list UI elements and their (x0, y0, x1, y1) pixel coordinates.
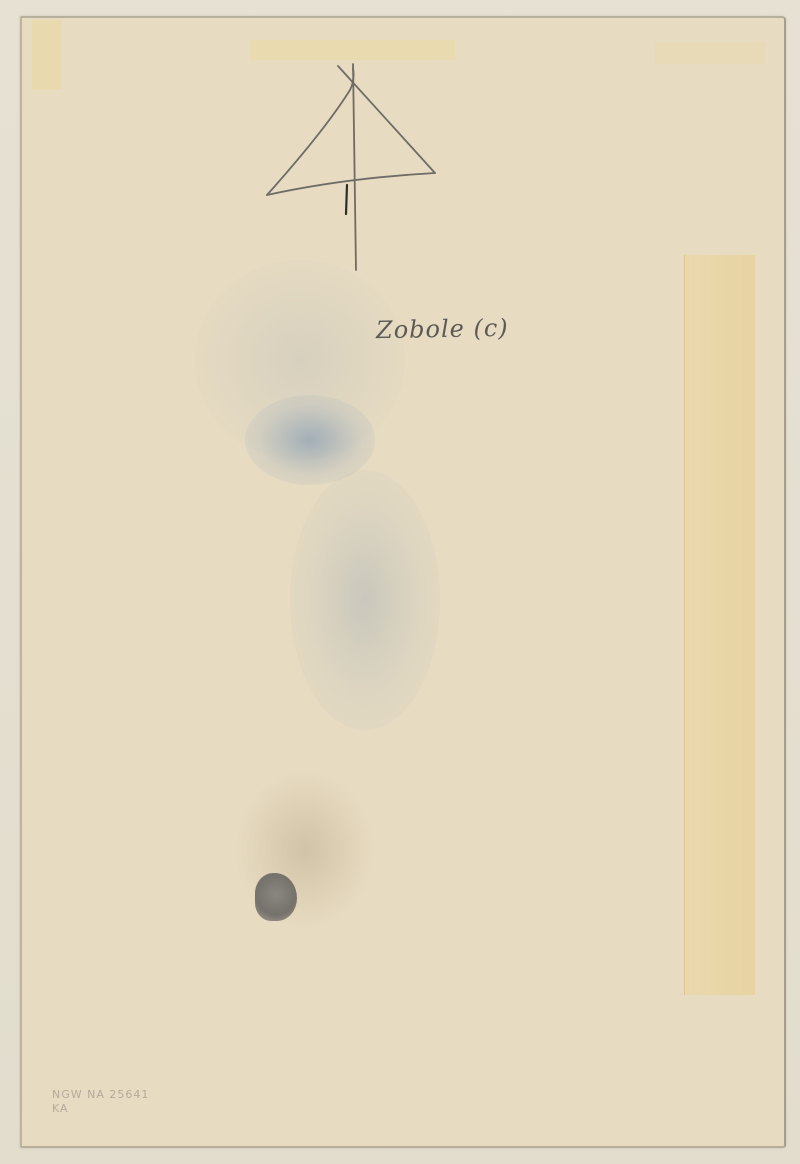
inventory-number: NGW NA 25641 KA (52, 1088, 149, 1116)
tape-remnant-top-right (655, 42, 765, 64)
tape-remnant-left (32, 20, 62, 90)
ink-blot (255, 873, 297, 921)
inventory-number-line2: KA (52, 1102, 149, 1116)
tape-remnant-right (684, 255, 755, 995)
blue-stain-lower (290, 470, 440, 730)
artist-inscription: Zobole (c) (376, 314, 509, 344)
pencil-triangle-drawing (255, 60, 455, 280)
inventory-number-line1: NGW NA 25641 (52, 1088, 149, 1102)
tape-remnant-top-left (250, 40, 455, 60)
